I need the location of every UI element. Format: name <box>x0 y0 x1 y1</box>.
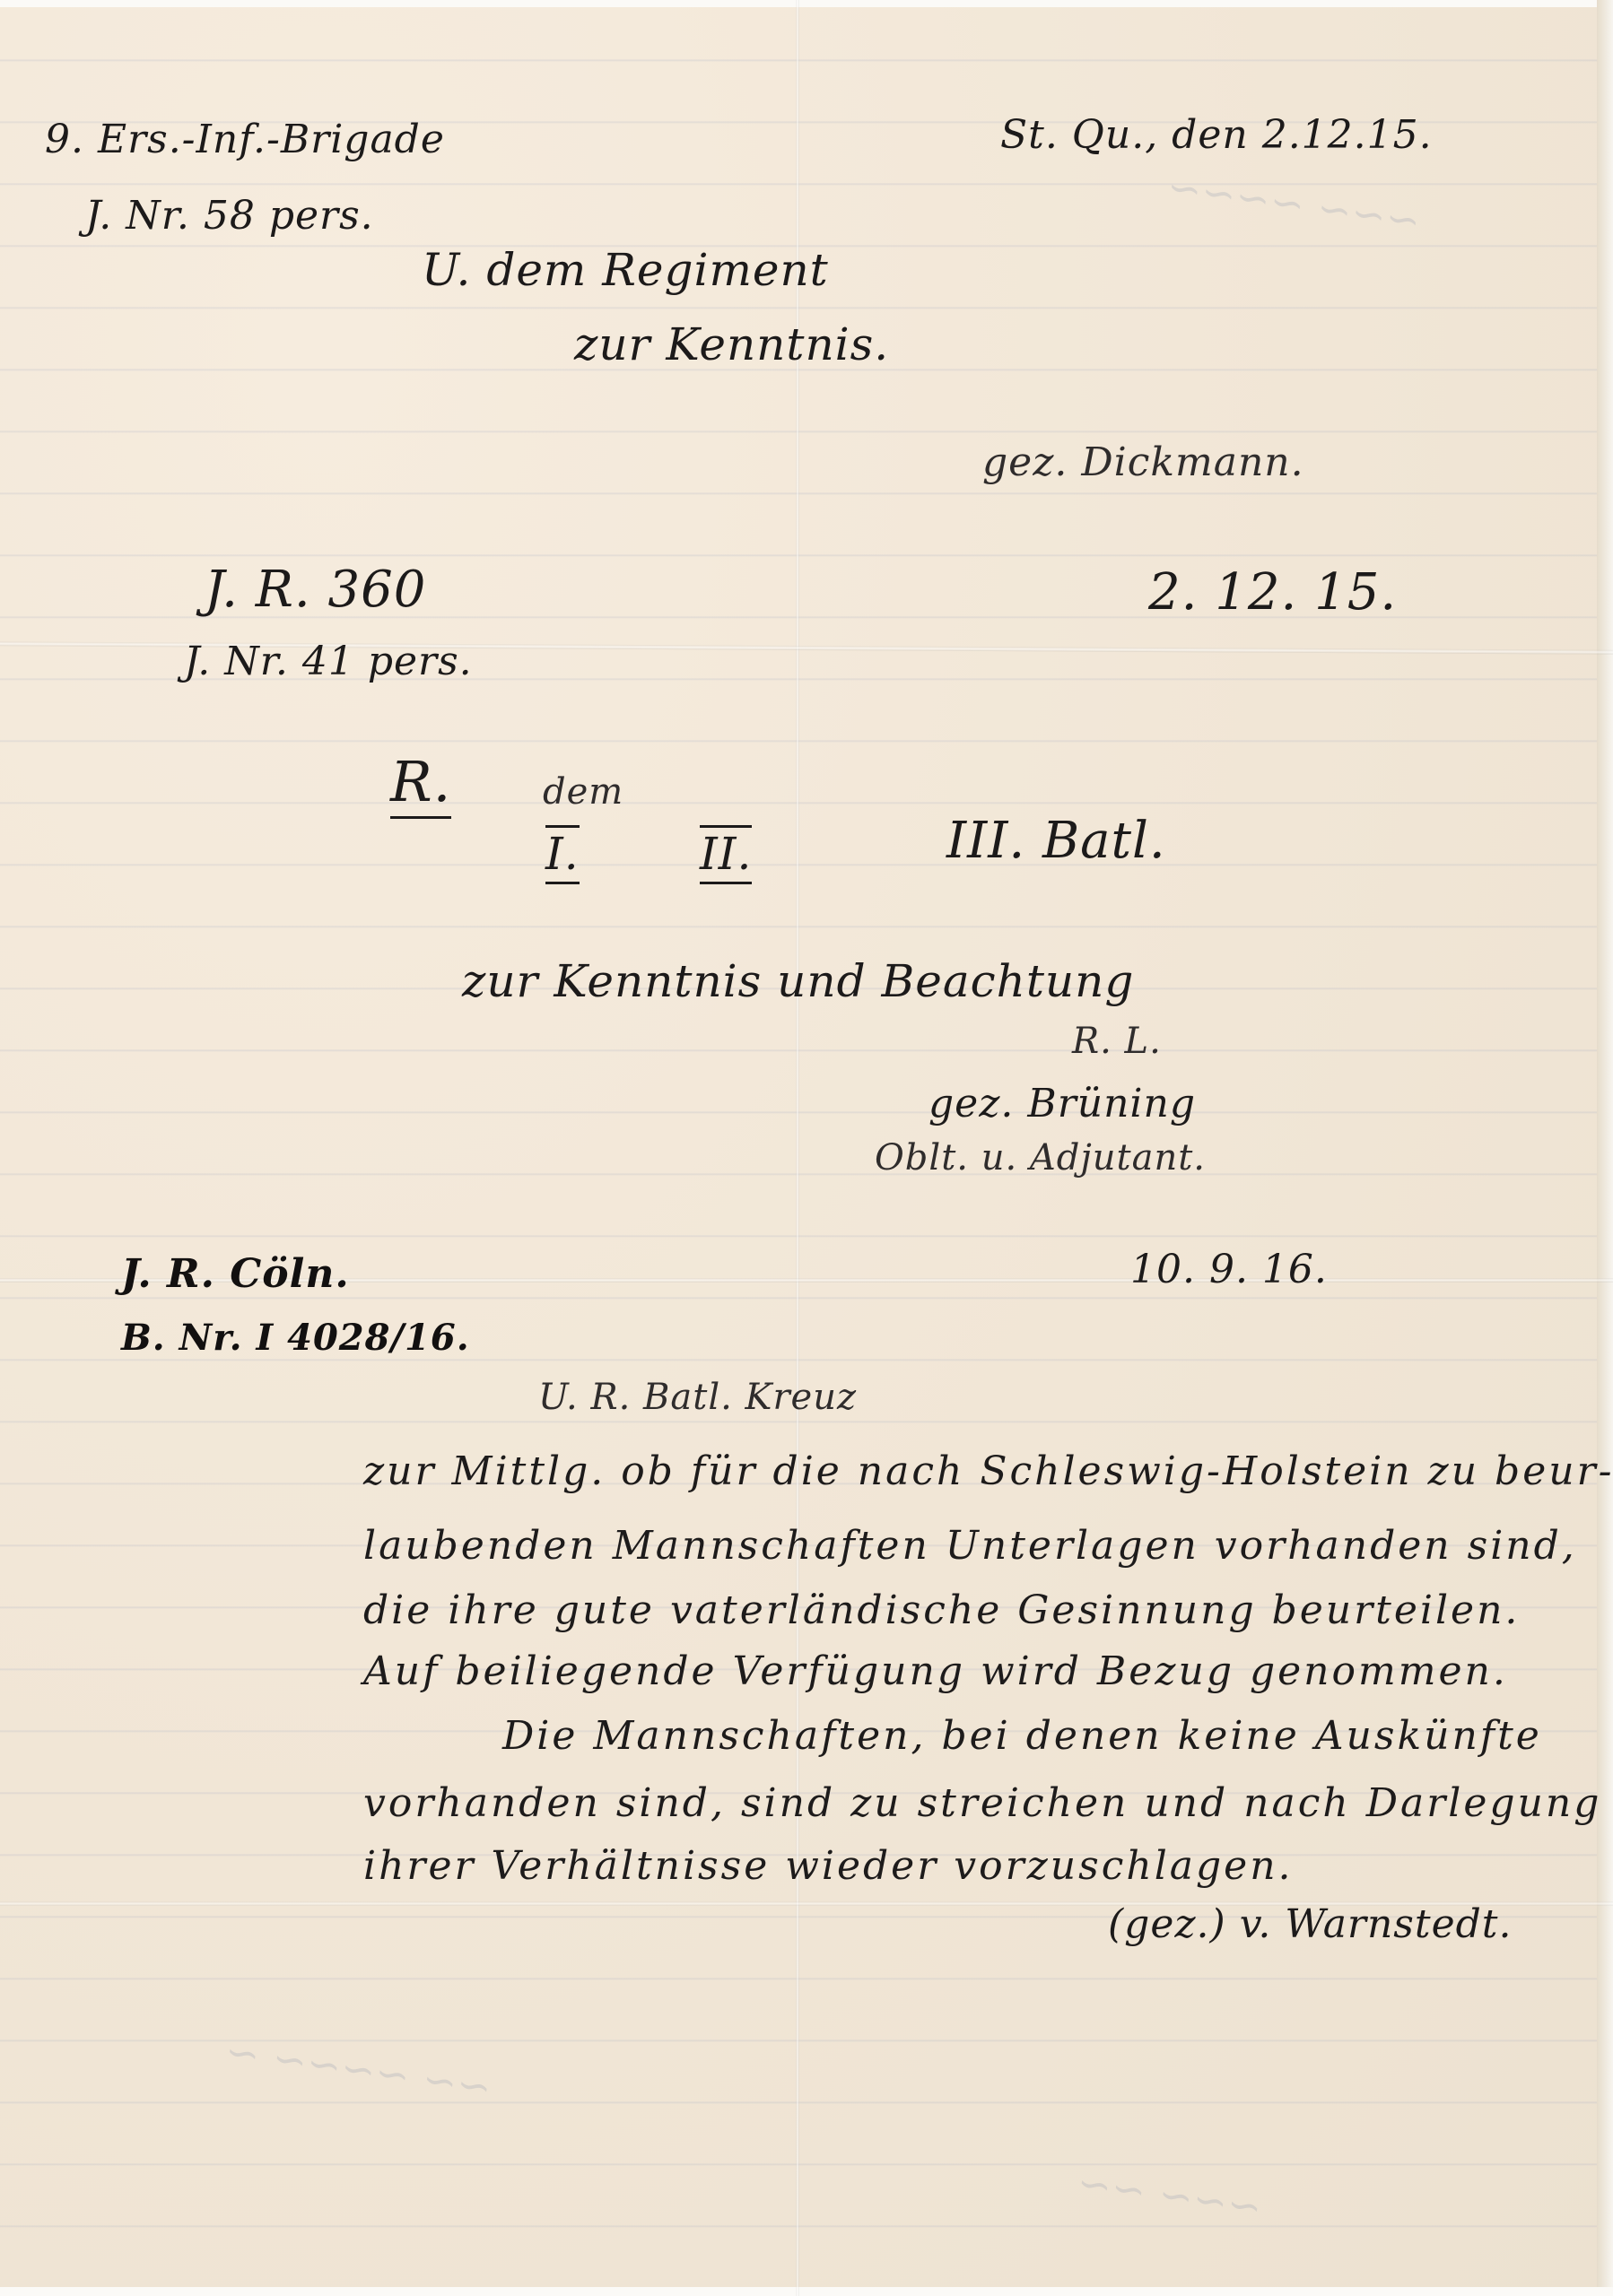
signature-warnstedt: (gez.) v. Warnstedt. <box>1108 1901 1512 1947</box>
date-2: 2. 12. 15. <box>1148 563 1397 622</box>
battalion-iii: III. Batl. <box>946 812 1166 870</box>
date-3: 10. 9. 16. <box>1130 1247 1328 1292</box>
sender-unit: 9. Ers.-Inf.-Brigade <box>45 117 445 162</box>
dem-word: dem <box>543 771 623 813</box>
scan-edge-right <box>1597 0 1613 2296</box>
body-line-7: ihrer Verhältnisse wieder vorzuschlagen. <box>363 1843 1294 1889</box>
body-line-5: Die Mannschaften, bei denen keine Auskün… <box>502 1713 1542 1759</box>
journal-number-2: J. Nr. 41 pers. <box>184 639 473 684</box>
regiment-number: J. R. 360 <box>205 561 426 619</box>
journal-number: J. Nr. 58 pers. <box>85 193 374 239</box>
reference-number: B. Nr. I 4028/16. <box>121 1317 470 1359</box>
r-mark: R. <box>390 749 451 819</box>
battalion-ii: II. <box>700 825 752 884</box>
scan-edge-top <box>0 0 1613 7</box>
body-line-3: die ihre gute vaterländische Gesinnung b… <box>363 1587 1520 1633</box>
endorsement-addressee: U. dem Regiment <box>422 244 829 296</box>
addressee-batl: U. R. Batl. Kreuz <box>538 1377 857 1418</box>
battalion-i: I. <box>545 825 580 884</box>
rank-adjutant: Oblt. u. Adjutant. <box>875 1137 1206 1178</box>
endorsement-signature: gez. Dickmann. <box>982 439 1304 485</box>
place-date: St. Qu., den 2.12.15. <box>1000 112 1433 158</box>
scan-edge-bottom <box>0 2287 1613 2296</box>
rl-mark: R. L. <box>1072 1021 1162 1062</box>
body-line-4: Auf beiliegende Verfügung wird Bezug gen… <box>363 1648 1508 1694</box>
body-line-2: laubenden Mannschaften Unterlagen vorhan… <box>363 1523 1577 1569</box>
regiment-coeln: J. R. Cöln. <box>121 1251 350 1297</box>
signature-bruening: gez. Brüning <box>929 1081 1196 1126</box>
body-line-1: zur Mittlg. ob für die nach Schleswig-Ho… <box>363 1448 1613 1494</box>
endorsement-instruction: zur Kenntnis. <box>574 318 889 370</box>
instruction-2: zur Kenntnis und Beachtung <box>462 955 1134 1007</box>
body-line-6: vorhanden sind, sind zu streichen und na… <box>363 1780 1601 1826</box>
